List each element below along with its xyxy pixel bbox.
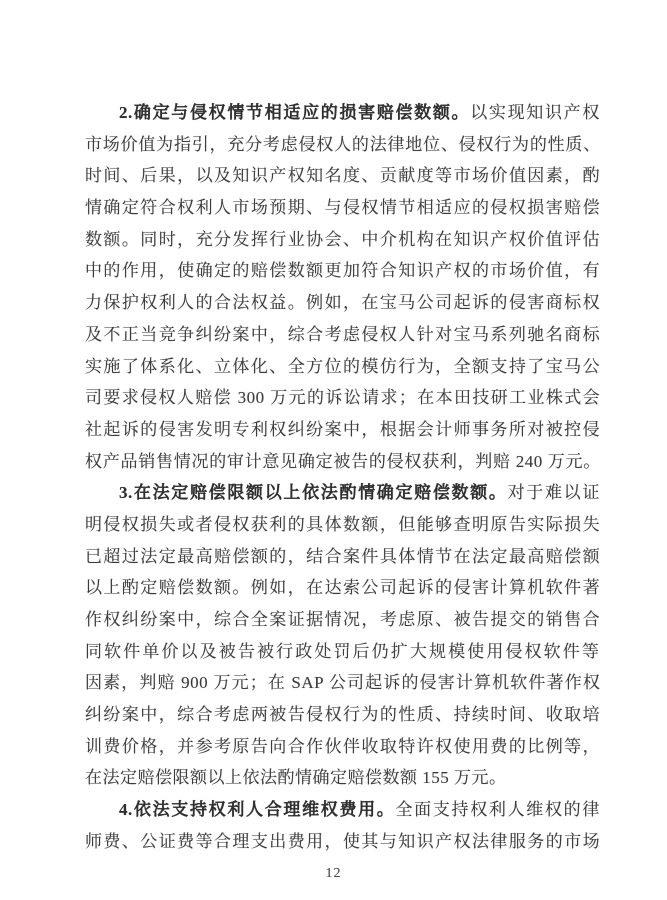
text-line: 3.在法定赔偿限额以上依法酌情确定赔偿数额。对于难以证 [85,477,601,509]
text-line: 因素，判赔 900 万元；在 SAP 公司起诉的侵害计算机软件著作权 [85,667,601,699]
paragraph-4-heading: 4.依法支持权利人合理维权费用。 [119,800,396,819]
text-line-content: 司要求侵权人赔偿 300 万元的诉讼请求；在本田技研工业株式会 [85,388,601,407]
text-line-content: 以上酌定赔偿数额。例如，在达索公司起诉的侵害计算机软件著 [85,578,601,597]
text-line: 力保护权利人的合法权益。例如，在宝马公司起诉的侵害商标权 [85,287,601,319]
text-line: 数额。同时，充分发挥行业协会、中介机构在知识产权价值评估 [85,224,601,256]
text-line-content: 明侵权损失或者侵权获利的具体数额，但能够查明原告实际损失 [85,515,601,534]
text-line: 在法定赔偿限额以上依法酌情确定赔偿数额 155 万元。 [85,762,601,794]
text-line: 已超过法定最高赔偿额的，结合案件具体情节在法定最高赔偿额 [85,541,601,573]
text-line: 4.依法支持权利人合理维权费用。全面支持权利人维权的律 [85,794,601,826]
text-line-content: 以实现知识产权 [470,103,601,122]
text-line: 作权纠纷案中，综合全案证据情况，考虑原、被告提交的销售合 [85,604,601,636]
text-line-content: 中的作用，使确定的赔偿数额更加符合知识产权的市场价值，有 [85,261,601,280]
document-page: 2.确定与侵权情节相适应的损害赔偿数额。以实现知识产权 市场价值为指引，充分考虑… [0,0,667,900]
text-line-content: 已超过法定最高赔偿额的，结合案件具体情节在法定最高赔偿额 [85,547,601,566]
text-line-content: 及不正当竞争纠纷案中，综合考虑侵权人针对宝马系列驰名商标 [85,325,601,344]
text-line: 以上酌定赔偿数额。例如，在达索公司起诉的侵害计算机软件著 [85,572,601,604]
text-line: 实施了体系化、立体化、全方位的模仿行为，全额支持了宝马公 [85,351,601,383]
text-line-content: 训费价格，并参考原告向合作伙伴收取特许权使用费的比例等， [85,737,601,756]
text-line-content: 实施了体系化、立体化、全方位的模仿行为，全额支持了宝马公 [85,357,601,376]
text-line-content: 社起诉的侵害发明专利权纠纷案中，根据会计师事务所对被控侵 [85,420,601,439]
text-line: 2.确定与侵权情节相适应的损害赔偿数额。以实现知识产权 [85,97,601,129]
text-line: 及不正当竞争纠纷案中，综合考虑侵权人针对宝马系列驰名商标 [85,319,601,351]
text-line: 市场价值为指引，充分考虑侵权人的法律地位、侵权行为的性质、 [85,129,601,161]
text-line: 中的作用，使确定的赔偿数额更加符合知识产权的市场价值，有 [85,255,601,287]
paragraph-2-heading: 2.确定与侵权情节相适应的损害赔偿数额。 [119,103,470,122]
text-line: 权产品销售情况的审计意见确定被告的侵权获利，判赔 240 万元。 [85,446,601,478]
page-body-text: 2.确定与侵权情节相适应的损害赔偿数额。以实现知识产权 市场价值为指引，充分考虑… [85,97,601,858]
text-line: 训费价格，并参考原告向合作伙伴收取特许权使用费的比例等， [85,731,601,763]
text-line-content: 全面支持权利人维权的律 [396,800,602,819]
text-line-content: 权产品销售情况的审计意见确定被告的侵权获利，判赔 240 万元。 [85,452,601,471]
text-line: 纠纷案中，综合考虑两被告侵权行为的性质、持续时间、收取培 [85,699,601,731]
text-line-content: 情确定符合权利人市场预期、与侵权情节相适应的侵权损害赔偿 [85,198,601,217]
text-line-content: 师费、公证费等合理支出费用，使其与知识产权法律服务的市场 [85,832,601,851]
text-line-content: 纠纷案中，综合考虑两被告侵权行为的性质、持续时间、收取培 [85,705,601,724]
text-line: 时间、后果，以及知识产权知名度、贡献度等市场价值因素，酌 [85,160,601,192]
text-line-content: 对于难以证 [508,483,601,502]
text-line-content: 市场价值为指引，充分考虑侵权人的法律地位、侵权行为的性质、 [85,135,601,154]
text-line-content: 作权纠纷案中，综合全案证据情况，考虑原、被告提交的销售合 [85,610,601,629]
text-line-content: 因素，判赔 900 万元；在 SAP 公司起诉的侵害计算机软件著作权 [85,673,601,692]
text-line: 明侵权损失或者侵权获利的具体数额，但能够查明原告实际损失 [85,509,601,541]
text-line: 情确定符合权利人市场预期、与侵权情节相适应的侵权损害赔偿 [85,192,601,224]
text-line-content: 在法定赔偿限额以上依法酌情确定赔偿数额 155 万元。 [85,768,507,787]
text-line: 司要求侵权人赔偿 300 万元的诉讼请求；在本田技研工业株式会 [85,382,601,414]
text-line-content: 数额。同时，充分发挥行业协会、中介机构在知识产权价值评估 [85,230,601,249]
page-number: 12 [0,866,667,882]
text-line-content: 同软件单价以及被告被行政处罚后仍扩大规模使用侵权软件等 [85,642,601,661]
text-line: 同软件单价以及被告被行政处罚后仍扩大规模使用侵权软件等 [85,636,601,668]
text-line-content: 力保护权利人的合法权益。例如，在宝马公司起诉的侵害商标权 [85,293,601,312]
paragraph-3-heading: 3.在法定赔偿限额以上依法酌情确定赔偿数额。 [119,483,508,502]
text-line: 师费、公证费等合理支出费用，使其与知识产权法律服务的市场 [85,826,601,858]
text-line-content: 时间、后果，以及知识产权知名度、贡献度等市场价值因素，酌 [85,166,601,185]
text-line: 社起诉的侵害发明专利权纠纷案中，根据会计师事务所对被控侵 [85,414,601,446]
